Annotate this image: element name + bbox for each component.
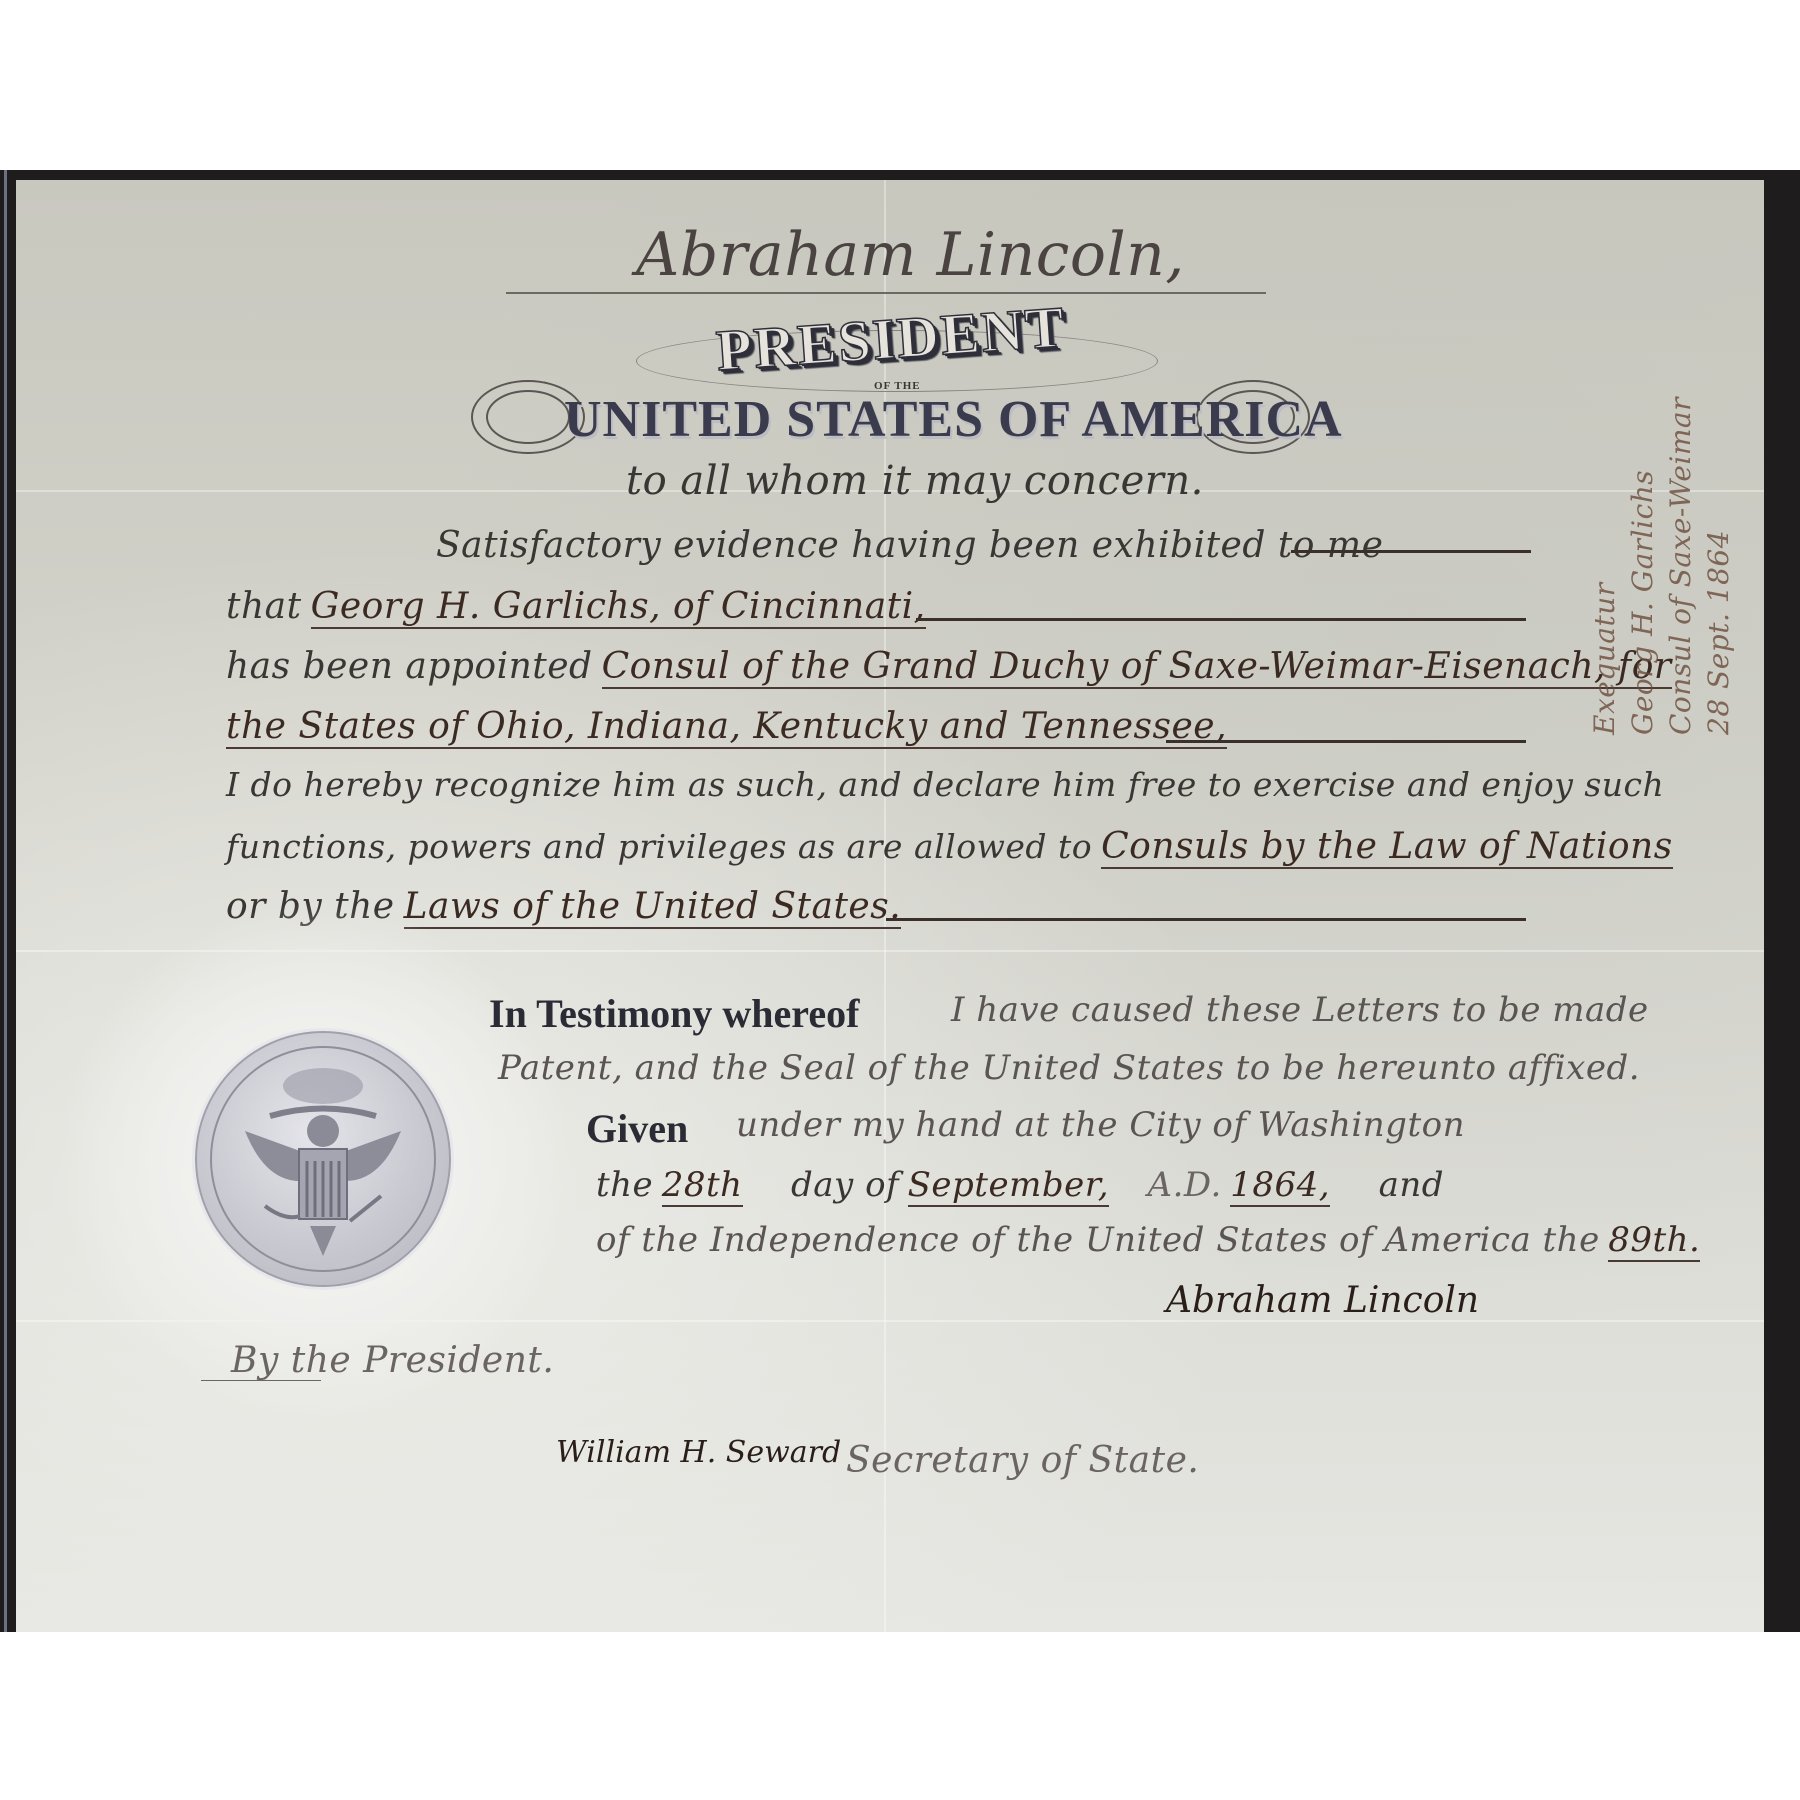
consul-rights: Consuls by the Law of Nations [1101,826,1673,869]
signature-rule [201,1380,321,1381]
blank-rule [1291,550,1531,553]
date-and: and [1379,1165,1444,1205]
secretary-signature: William H. Seward [556,1435,841,1470]
date-year: 1864, [1230,1165,1330,1207]
testimony-line-2: Patent, and the Seal of the United State… [498,1048,1640,1088]
blank-rule [886,918,1526,921]
body-line-5: I do hereby recognize him as such, and d… [226,765,1664,804]
header-rule [506,292,1266,294]
testimony-line-3: under my hand at the City of Washington [736,1105,1465,1145]
blank-rule [916,618,1526,621]
body-line-3-prefix: has been appointed [226,646,593,687]
document-paper: Abraham Lincoln, PRESIDENT OF THE UNITED… [16,180,1764,1632]
consul-name: Georg H. Garlichs, of Cincinnati, [311,586,926,629]
secretary-title: Secretary of State. [846,1440,1199,1481]
date-day: 28th [662,1165,743,1207]
margin-note-line: Consul of Saxe-Weimar [1662,397,1700,735]
consul-laws: Laws of the United States. [404,886,902,929]
header-president-name: Abraham Lincoln, [636,220,1185,290]
blank-rule [1166,740,1526,743]
testimony-line-1: I have caused these Letters to be made [951,990,1649,1030]
independence-year: 89th. [1608,1220,1700,1262]
date-month: September, [908,1165,1109,1207]
president-signature: Abraham Lincoln [1166,1280,1479,1321]
date-day-of: day of [791,1165,899,1205]
margin-annotation: Exequatur Georg H. Garlichs Consul of Sa… [1586,397,1738,735]
consul-jurisdiction: the States of Ohio, Indiana, Kentucky an… [226,706,1227,749]
testimony-heading: In Testimony whereof [489,990,859,1037]
consul-appointment: Consul of the Grand Duchy of Saxe-Weimar… [602,646,1672,689]
header-country: UNITED STATES OF AMERICA [564,390,1343,449]
margin-note-line: 28 Sept. 1864 [1700,397,1738,735]
body-line-1: Satisfactory evidence having been exhibi… [436,525,1383,566]
eagle-icon [195,1031,451,1287]
body-line-2-prefix: that [226,586,302,627]
flourish-left-icon [486,390,570,444]
body-line-6-prefix: functions, powers and privileges as are … [226,827,1092,866]
independence-line: of the Independence of the United States… [596,1220,1600,1260]
given-heading: Given [586,1105,688,1152]
date-the: the [596,1165,653,1205]
header-salutation: to all whom it may concern. [626,458,1204,504]
margin-note-line: Georg H. Garlichs [1624,397,1662,735]
eagle-seal-icon [192,1028,454,1290]
frame-edge [4,170,7,1632]
date-ad: A.D. [1148,1165,1222,1205]
by-the-president: By the President. [231,1340,554,1381]
margin-note-line: Exequatur [1586,397,1624,735]
